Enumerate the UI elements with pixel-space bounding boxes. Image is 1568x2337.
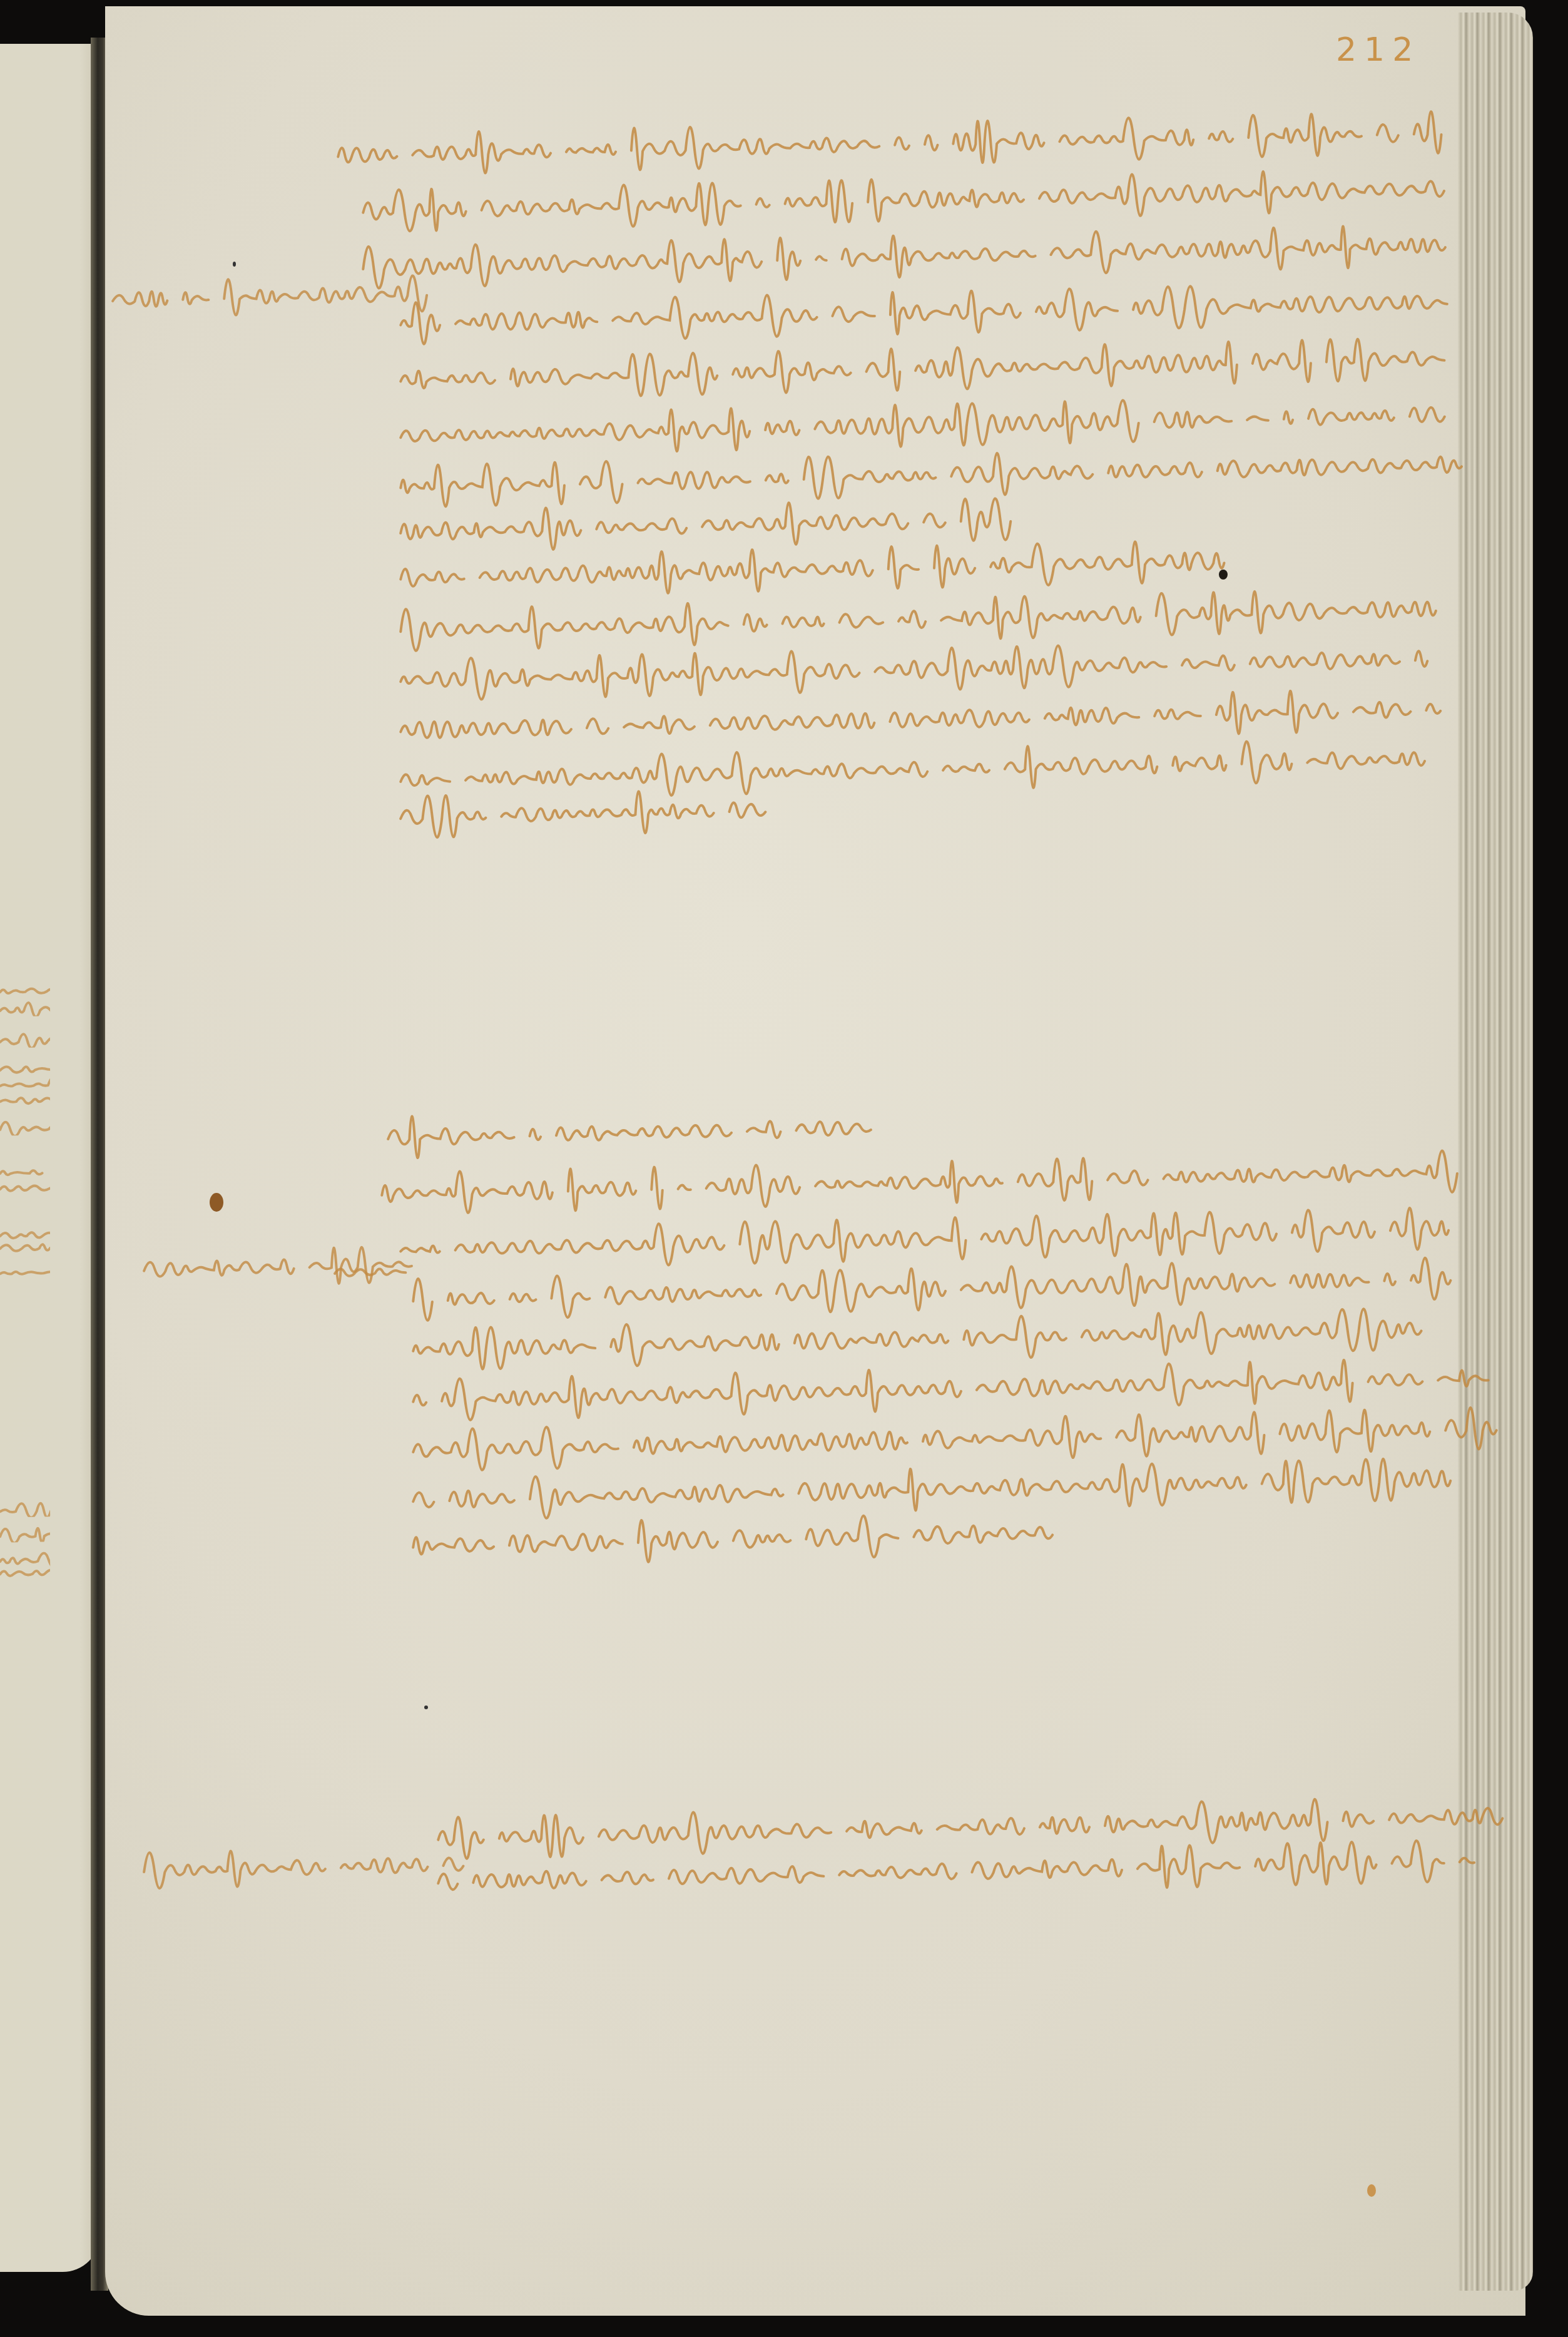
left-page-text-fragment (0, 1001, 50, 1017)
ink-stain (210, 1193, 223, 1212)
ink-dot (424, 1705, 428, 1709)
margin-mark: [illegible mark] (335, 1257, 392, 1284)
left-page-text-fragment (0, 1501, 50, 1518)
page-edges-stack (1458, 13, 1533, 2291)
left-page-text-fragment (0, 1163, 50, 1180)
margin-note: [illegible marginal note] (112, 272, 413, 316)
left-page-text-fragment (0, 1564, 50, 1580)
left-page-text-fragment (0, 1076, 50, 1092)
left-page-text-fragment (0, 1179, 50, 1195)
left-page-text-fragment (0, 1060, 50, 1076)
left-page-text-fragment (0, 1092, 50, 1108)
ink-stain (1367, 2184, 1376, 2197)
margin-note: [illegible marginal note] (143, 1843, 444, 1887)
left-page-text-fragment (0, 1032, 50, 1048)
left-page-text-fragment (0, 1264, 50, 1280)
handwriting-line: [illegible handwriting] … (400, 785, 763, 836)
left-page-text-fragment (0, 1526, 50, 1543)
ink-dot (233, 262, 236, 267)
left-page-text-fragment (0, 982, 50, 998)
left-page-edge (0, 44, 100, 2272)
left-page-text-fragment (0, 1239, 50, 1255)
page-number: 212 (1336, 31, 1420, 69)
ink-dot (1219, 570, 1228, 580)
left-page-text-fragment (0, 1120, 50, 1136)
